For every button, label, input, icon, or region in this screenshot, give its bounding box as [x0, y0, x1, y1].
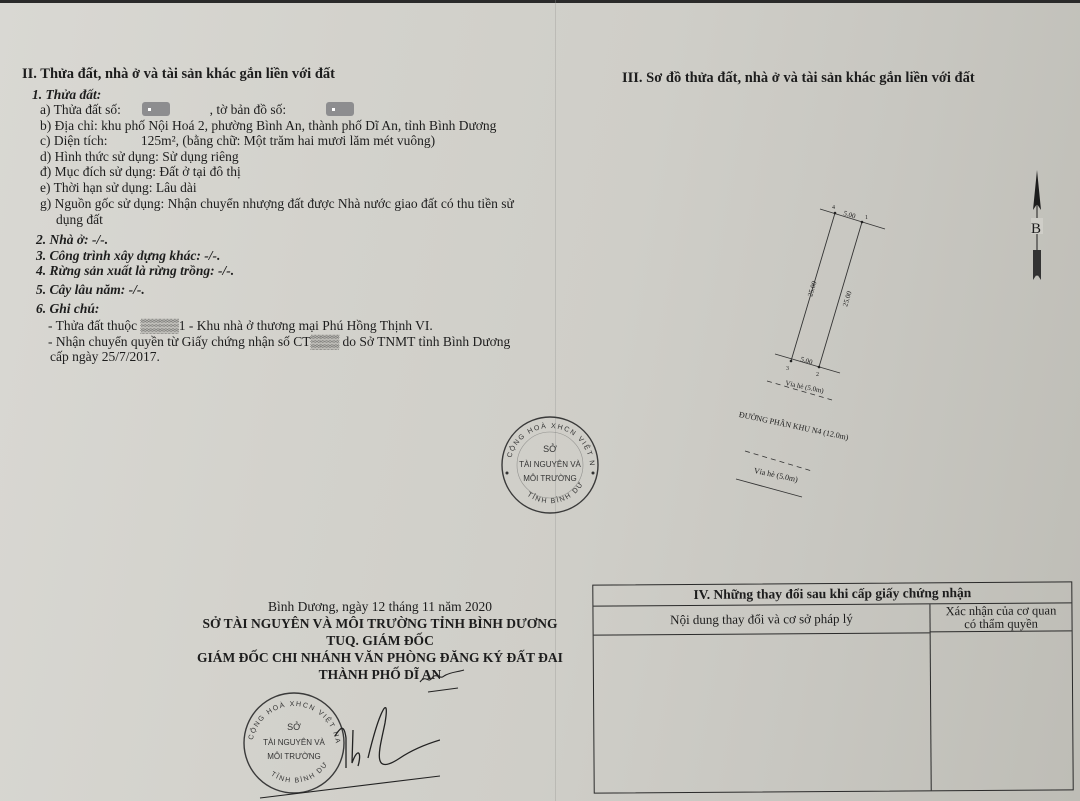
- north-label: B: [1031, 221, 1041, 238]
- usage-term: e) Thời hạn sử dụng: Lâu dài: [40, 180, 197, 195]
- svg-text:MÔI TRƯỜNG: MÔI TRƯỜNG: [267, 752, 321, 761]
- plot-diagram: 4 1 3 2 5.00 5.00 25.00 25.00 Vỉa hè (5.…: [740, 195, 910, 425]
- address: b) Địa chỉ: khu phố Nội Hoá 2, phường Bì…: [40, 118, 496, 133]
- svg-text:4: 4: [832, 205, 835, 211]
- section-ii-title: II. Thửa đất, nhà ở và tài sản khác gắn …: [22, 66, 335, 83]
- forest-item: 4. Rừng sản xuất là rừng trồng: -/-.: [36, 263, 234, 279]
- svg-text:SỞ: SỞ: [543, 443, 557, 454]
- svg-text:Vỉa hè (5.0m): Vỉa hè (5.0m): [785, 379, 826, 395]
- svg-text:5.00: 5.00: [842, 209, 857, 220]
- area-row: c) Diện tích: 125m², (bằng chữ: Một trăm…: [40, 133, 435, 148]
- table-divider: [930, 632, 932, 790]
- usage-origin: g) Nguồn gốc sử dụng: Nhận chuyển nhượng…: [40, 196, 514, 211]
- issuing-org: SỞ TÀI NGUYÊN VÀ MÔI TRƯỜNG TỈNH BÌNH DƯ…: [170, 615, 590, 632]
- parcel-number-label: a) Thửa đất số:: [40, 102, 121, 117]
- svg-text:1: 1: [865, 215, 868, 221]
- redacted-parcel-number: [142, 102, 170, 116]
- svg-text:TÀI NGUYÊN VÀ: TÀI NGUYÊN VÀ: [519, 460, 581, 469]
- authorized-by: TUQ. GIÁM ĐỐC: [170, 632, 590, 649]
- section-iii-title: III. Sơ đồ thửa đất, nhà ở và tài sản kh…: [622, 70, 975, 87]
- land-heading: 1. Thửa đất:: [32, 87, 101, 103]
- note-1: - Thửa đất thuộc ▒▒▒▒1 - Khu nhà ở thươn…: [48, 318, 433, 333]
- col2-line2: có thẩm quyền: [931, 617, 1072, 631]
- changes-table: IV. Những thay đổi sau khi cấp giấy chứn…: [592, 581, 1073, 793]
- column-header-change-content: Nội dung thay đổi và cơ sở pháp lý: [593, 604, 929, 635]
- svg-text:25.00: 25.00: [841, 290, 853, 308]
- svg-text:2: 2: [816, 372, 819, 378]
- svg-text:SỞ: SỞ: [287, 721, 301, 732]
- top-edge: [0, 0, 1080, 3]
- usage-purpose: đ) Mục đích sử dụng: Đất ở tại đô thị: [40, 164, 241, 179]
- note-3: cấp ngày 25/7/2017.: [50, 349, 160, 364]
- svg-text:TỈNH BÌNH DƯƠNG: TỈNH BÌNH DƯƠNG: [495, 410, 586, 505]
- signature-block: Bình Dương, ngày 12 tháng 11 năm 2020 SỞ…: [170, 598, 590, 683]
- signature-scribble: [335, 708, 440, 768]
- other-construction-item: 3. Công trình xây dựng khác: -/-.: [36, 248, 220, 264]
- area-value: 125m², (bằng chữ: Một trăm hai mươi lăm …: [141, 133, 435, 148]
- area-label: c) Diện tích:: [40, 133, 107, 148]
- perennial-item: 5. Cây lâu năm: -/-.: [36, 282, 145, 298]
- note-2: - Nhận chuyển quyền từ Giấy chứng nhận s…: [48, 334, 510, 349]
- official-stamp-lower: CỘNG HOÀ XHCN VIỆT NAM TỈNH BÌNH DƯƠNG S…: [240, 688, 440, 801]
- usage-form: d) Hình thức sử dụng: Sử dụng riêng: [40, 149, 239, 164]
- svg-text:TÀI NGUYÊN VÀ: TÀI NGUYÊN VÀ: [263, 738, 325, 747]
- usage-origin-cont: dụng đất: [56, 212, 103, 227]
- svg-text:25.00: 25.00: [806, 280, 818, 298]
- notes-heading: 6. Ghi chú:: [36, 301, 99, 317]
- signer-city: THÀNH PHỐ DĨ AN: [170, 666, 590, 683]
- svg-text:MÔI TRƯỜNG: MÔI TRƯỜNG: [523, 474, 577, 483]
- svg-text:CỘNG HOÀ XHCN VIỆT NAM: CỘNG HOÀ XHCN VIỆT NAM: [240, 688, 341, 745]
- issue-date: Bình Dương, ngày 12 tháng 11 năm 2020: [170, 598, 590, 615]
- svg-text:3: 3: [786, 366, 789, 372]
- column-header-authority-confirmation: Xác nhận của cơ quan có thẩm quyền: [929, 603, 1071, 632]
- signer-position: GIÁM ĐỐC CHI NHÁNH VĂN PHÒNG ĐĂNG KÝ ĐẤT…: [170, 649, 590, 666]
- house-item: 2. Nhà ở: -/-.: [36, 232, 108, 248]
- official-stamp-upper: CỘNG HOÀ XHCN VIỆT NAM TỈNH BÌNH DƯƠNG S…: [495, 410, 605, 520]
- parcel-number-row: a) Thửa đất số: , tờ bản đồ số:: [40, 102, 354, 117]
- redacted-map-sheet: [326, 102, 354, 116]
- map-sheet-label: , tờ bản đồ số:: [210, 102, 287, 117]
- handwritten-mark: [418, 668, 468, 698]
